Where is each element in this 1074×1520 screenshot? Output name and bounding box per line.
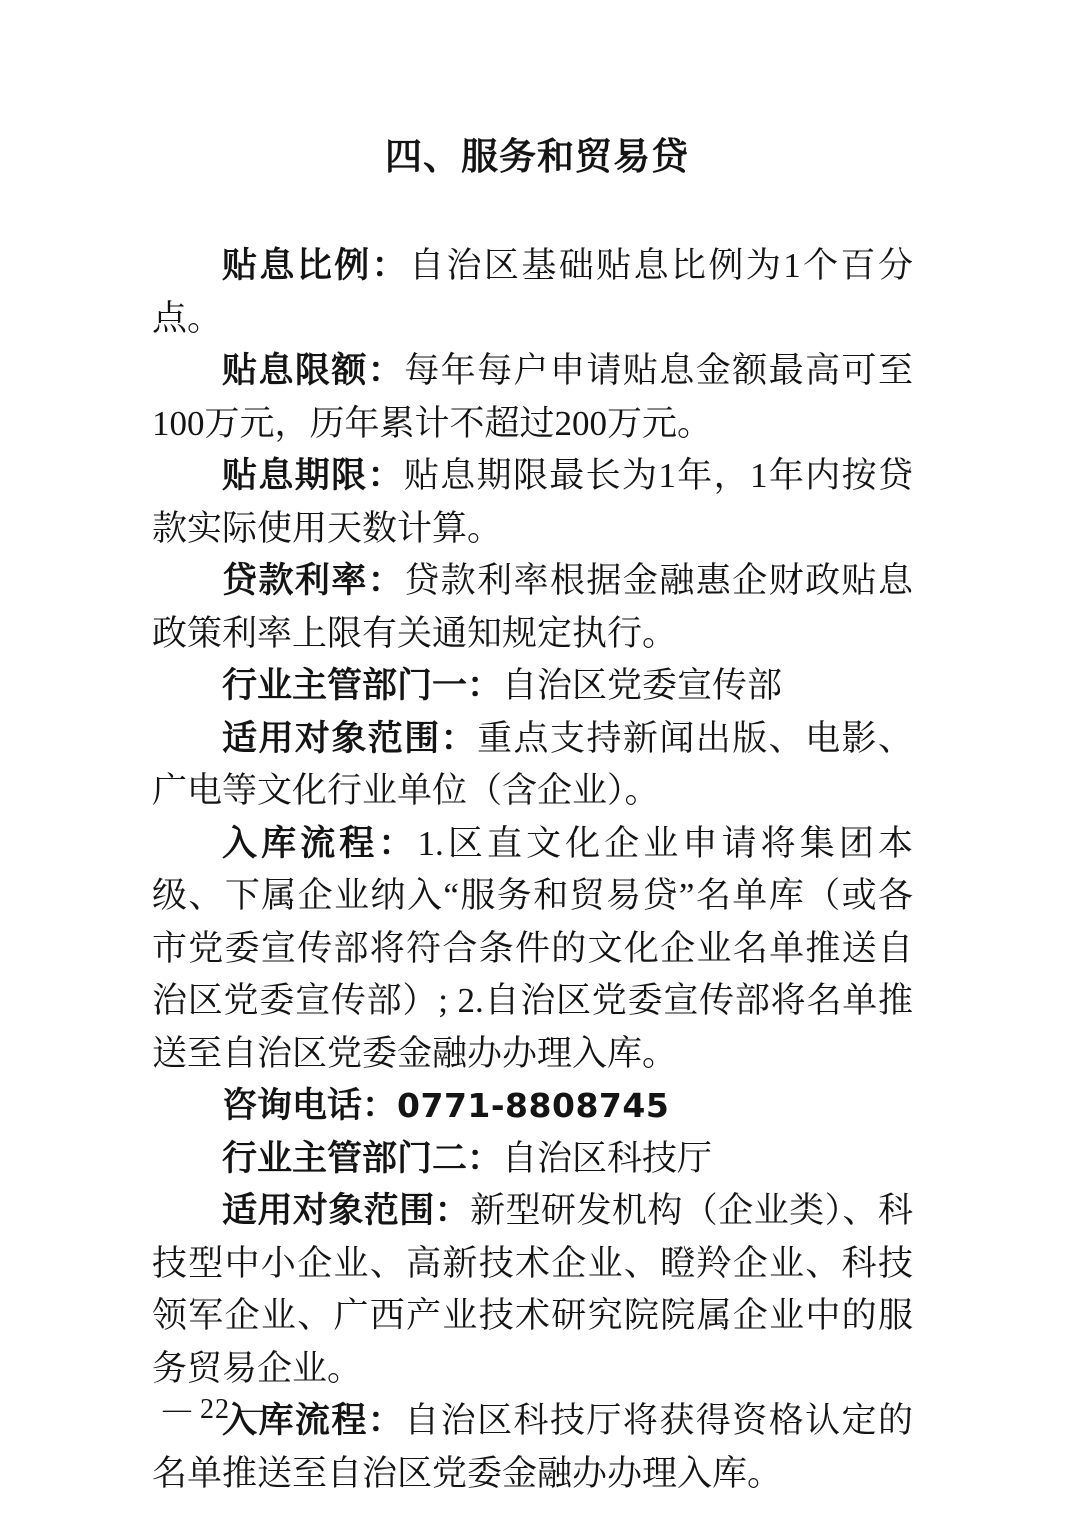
paragraph-label: 贴息限额：	[222, 351, 404, 390]
paragraph-text: 自治区科技厅	[502, 1139, 712, 1178]
body-paragraph: 咨询电话：0771-8808745	[152, 1080, 913, 1133]
paragraph-label: 贴息比例：	[222, 246, 409, 285]
body-paragraph: 入库流程：1.区直文化企业申请将集团本级、下属企业纳入“服务和贸易贷”名单库（或…	[152, 818, 913, 1081]
body-paragraph: 适用对象范围：重点支持新闻出版、电影、广电等文化行业单位（含企业）。	[152, 713, 913, 818]
paragraph-text: 自治区党委宣传部	[502, 666, 782, 705]
body-paragraph: 适用对象范围：新型研发机构（企业类）、科技型中小企业、高新技术企业、瞪羚企业、科…	[152, 1185, 913, 1395]
paragraph-label: 行业主管部门二：	[222, 1139, 502, 1178]
document-body: 贴息比例：自治区基础贴息比例为1个百分点。 贴息限额：每年每户申请贴息金额最高可…	[152, 240, 913, 1500]
page-number: — 22 —	[163, 1392, 267, 1428]
body-paragraph: 贴息比例：自治区基础贴息比例为1个百分点。	[152, 240, 913, 345]
paragraph-label: 适用对象范围：	[222, 1191, 470, 1230]
paragraph-label: 适用对象范围：	[222, 719, 477, 758]
body-paragraph: 贴息限额：每年每户申请贴息金额最高可至100万元，历年累计不超过200万元。	[152, 345, 913, 450]
body-paragraph: 贷款利率：贷款利率根据金融惠企财政贴息政策利率上限有关通知规定执行。	[152, 555, 913, 660]
document-page: 四、服务和贸易贷 贴息比例：自治区基础贴息比例为1个百分点。 贴息限额：每年每户…	[0, 0, 1074, 1520]
page-title: 四、服务和贸易贷	[0, 133, 1074, 181]
body-paragraph: 行业主管部门二：自治区科技厅	[152, 1133, 913, 1186]
consult-phone-number: 0771-8808745	[397, 1086, 669, 1125]
paragraph-label: 贴息期限：	[222, 456, 404, 495]
body-paragraph: 行业主管部门一：自治区党委宣传部	[152, 660, 913, 713]
paragraph-label: 行业主管部门一：	[222, 666, 502, 705]
paragraph-label: 咨询电话：	[222, 1086, 397, 1125]
body-paragraph: 贴息期限：贴息期限最长为1年，1年内按贷款实际使用天数计算。	[152, 450, 913, 555]
paragraph-label: 贷款利率：	[222, 561, 404, 600]
paragraph-label: 入库流程：	[222, 824, 418, 863]
